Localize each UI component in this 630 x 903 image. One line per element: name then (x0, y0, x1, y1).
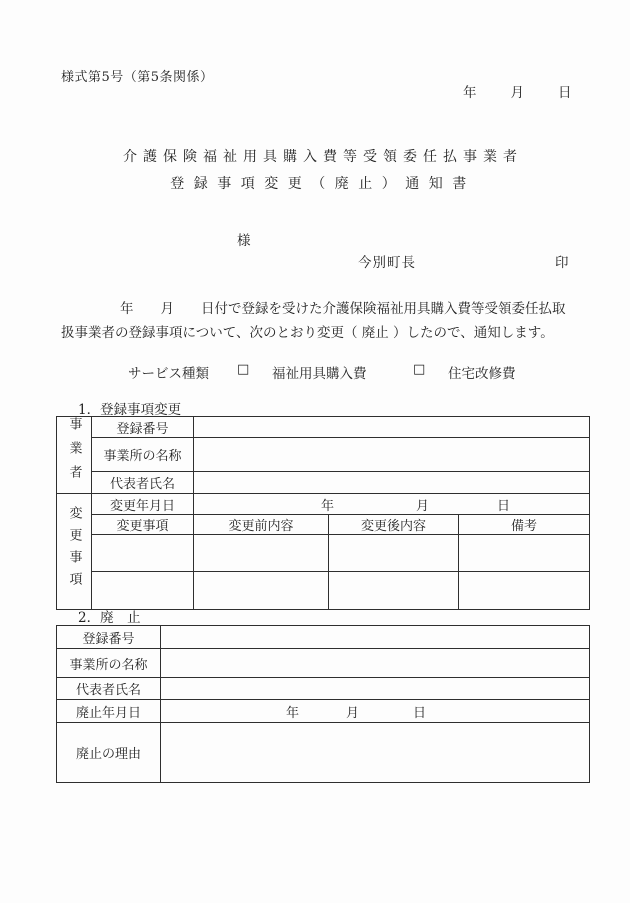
section1-heading: 1．登録事項変更 (78, 398, 181, 418)
representative-name-label: 代表者氏名 (92, 471, 194, 493)
change-group-cell: 変更事項 (57, 494, 92, 610)
change-date-day-label: 日 (497, 495, 510, 514)
change-row2-after-field[interactable] (329, 572, 459, 610)
change-row2-before-field[interactable] (194, 572, 329, 610)
remarks-header: 備考 (459, 515, 590, 535)
body-text-line1: 年 月 日付で登録を受けた介護保険福祉用具購入費等受領委任払取 (120, 297, 566, 317)
seal-label: 印 (555, 251, 569, 271)
office-name-field[interactable] (194, 438, 590, 471)
option-welfare-equipment-label: 福祉用具購入費 (272, 362, 367, 382)
document-title: 介護保険福祉用具購入費等受領委任払事業者 登録事項変更（廃止）通知書 (8, 146, 630, 193)
business-group-cell: 事業者 (57, 417, 92, 494)
abolition-date-field[interactable]: 年 月 日 (161, 700, 590, 723)
abolition-representative-field[interactable] (161, 678, 590, 700)
header-date-month-label: 月 (511, 81, 525, 101)
representative-name-field[interactable] (194, 471, 590, 493)
change-date-label: 変更年月日 (92, 494, 194, 515)
change-date-field[interactable]: 年 月 日 (194, 494, 590, 515)
form-number: 様式第5号（第5条関係） (61, 66, 214, 85)
registration-number-label: 登録番号 (92, 417, 194, 438)
service-type-line: サービス種類 □ 福祉用具購入費 □ 住宅改修費 (0, 362, 630, 382)
change-group-label: 変更事項 (68, 506, 81, 594)
change-row1-after-field[interactable] (329, 535, 459, 572)
header-date-day-label: 日 (558, 81, 572, 101)
change-date-month-label: 月 (416, 495, 429, 514)
abolition-date-month-label: 月 (346, 702, 359, 721)
service-type-label: サービス種類 (128, 362, 209, 382)
change-row1-remarks-field[interactable] (459, 535, 590, 572)
change-row1-before-field[interactable] (194, 535, 329, 572)
abolition-reason-field[interactable] (161, 723, 590, 783)
registration-number-field[interactable] (194, 417, 590, 438)
abolition-date-label: 廃止年月日 (57, 700, 161, 723)
checkbox-home-renovation[interactable]: □ (413, 362, 425, 377)
notification-form-page: 様式第5号（第5条関係） 年 月 日 介護保険福祉用具購入費等受領委任払事業者 … (0, 0, 630, 903)
abolition-representative-label: 代表者氏名 (57, 678, 161, 700)
document-title-line2: 登録事項変更（廃止）通知書 (8, 173, 630, 193)
business-group-label: 事業者 (68, 417, 81, 489)
abolition-reason-label: 廃止の理由 (57, 723, 161, 783)
change-row2-item-field[interactable] (92, 572, 194, 610)
header-date-line: 年 月 日 (463, 81, 572, 101)
issuer-name: 今別町長 (358, 251, 416, 271)
change-date-year-label: 年 (321, 495, 334, 514)
after-content-header: 変更後内容 (329, 515, 459, 535)
section2-heading: 2．廃 止 (78, 606, 141, 626)
abolition-table: 登録番号 事業所の名称 代表者氏名 廃止年月日 年 月 日 廃止の理由 (56, 625, 590, 783)
addressee-honorific: 様 (237, 229, 251, 249)
body-text-line2: 扱事業者の登録事項について、次のとおり変更（ 廃止 ）したので、通知します。 (61, 321, 554, 341)
abolition-date-day-label: 日 (413, 702, 426, 721)
document-title-line1: 介護保険福祉用具購入費等受領委任払事業者 (8, 146, 630, 166)
option-home-renovation-label: 住宅改修費 (448, 362, 516, 382)
change-row2-remarks-field[interactable] (459, 572, 590, 610)
registration-change-table: 事業者 登録番号 事業所の名称 代表者氏名 変更事項 変更年月日 年 月 日 (56, 416, 590, 610)
abolition-office-name-field[interactable] (161, 649, 590, 678)
header-date-year-label: 年 (463, 81, 477, 101)
change-row1-item-field[interactable] (92, 535, 194, 572)
checkbox-welfare-equipment[interactable]: □ (237, 362, 249, 377)
before-content-header: 変更前内容 (194, 515, 329, 535)
office-name-label: 事業所の名称 (92, 438, 194, 471)
abolition-office-name-label: 事業所の名称 (57, 649, 161, 678)
abolition-registration-number-label: 登録番号 (57, 626, 161, 649)
change-item-header: 変更事項 (92, 515, 194, 535)
abolition-registration-number-field[interactable] (161, 626, 590, 649)
abolition-date-year-label: 年 (286, 702, 299, 721)
